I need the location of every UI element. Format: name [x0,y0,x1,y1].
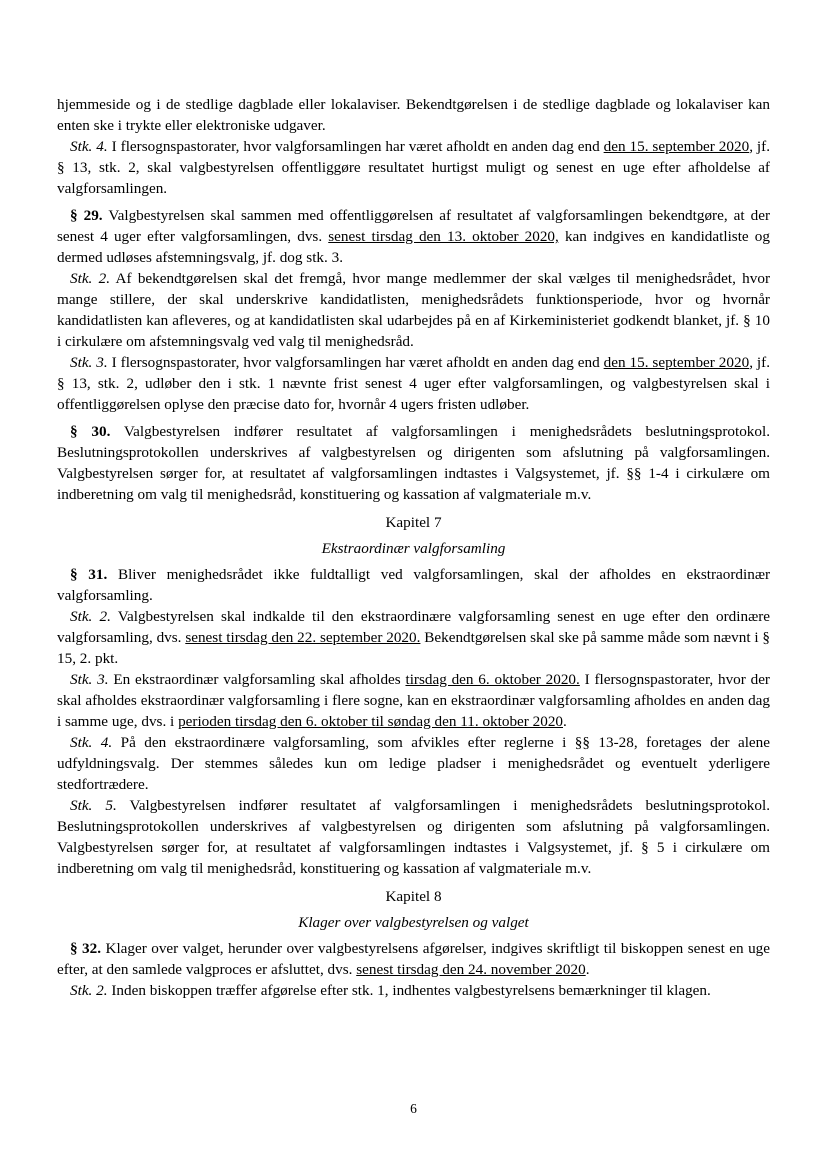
underlined-deadline-text: senest tirsdag den 22. september 2020. [185,629,420,646]
underlined-deadline-text: den 15. september 2020 [604,138,750,155]
text-run: § 32. [70,940,101,957]
text-run: I flersognspastorater, hvor valgforsamli… [108,138,604,155]
text-run: hjemmeside og i de stedlige dagblade ell… [57,96,770,134]
text-run: Stk. 2. [70,982,108,999]
text-run: Stk. 4. [70,138,108,155]
text-run: Stk. 4. [70,734,112,751]
text-run: Klager over valgbestyrelsen og valget [298,914,529,931]
para-s32-stk2: Stk. 2. Inden biskoppen træffer afgørels… [57,980,770,1001]
text-run: På den ekstraordinære valgforsamling, so… [57,734,770,793]
para-s29-stk3: Stk. 3. I flersognspastorater, hvor valg… [57,352,770,415]
text-run: Inden biskoppen træffer afgørelse efter … [108,982,711,999]
text-run: Stk. 5. [70,797,117,814]
text-run: Kapitel 7 [385,514,441,531]
text-run: Valgbestyrelsen indfører resultatet af v… [57,423,770,503]
text-run: I flersognspastorater, hvor valgforsamli… [108,354,604,371]
text-run: Stk. 3. [70,671,109,688]
text-run: . [586,961,590,978]
text-run: Ekstraordinær valgforsamling [322,540,506,557]
page-number: 6 [0,1100,827,1118]
text-run: Kapitel 8 [385,888,441,905]
text-run: Stk. 2. [70,608,111,625]
para-s31: § 31. Bliver menighedsrådet ikke fuldtal… [57,564,770,606]
para-s28-stk4: Stk. 4. I flersognspastorater, hvor valg… [57,136,770,199]
document-page: hjemmeside og i de stedlige dagblade ell… [0,0,827,1169]
text-run: Af bekendtgørelsen skal det fremgå, hvor… [57,270,770,350]
heading-kapitel-8: Kapitel 8 [57,886,770,907]
text-run: § 29. [70,207,103,224]
text-run: Stk. 2. [70,270,110,287]
text-run: § 30. [70,423,110,440]
document-body: hjemmeside og i de stedlige dagblade ell… [57,94,770,1001]
text-run: . [563,713,567,730]
subheading-klager-over-valgbestyrelsen: Klager over valgbestyrelsen og valget [57,912,770,933]
subheading-ekstraordinaer-valgforsamling: Ekstraordinær valgforsamling [57,538,770,559]
para-s31-stk3: Stk. 3. En ekstraordinær valgforsamling … [57,669,770,732]
underlined-deadline-text: den 15. september 2020 [604,354,750,371]
text-run: Stk. 3. [70,354,108,371]
underlined-deadline-text: perioden tirsdag den 6. oktober til sønd… [178,713,563,730]
para-s29: § 29. Valgbestyrelsen skal sammen med of… [57,205,770,268]
underlined-deadline-text: tirsdag den 6. oktober 2020. [405,671,579,688]
para-s32: § 32. Klager over valget, herunder over … [57,938,770,980]
para-s31-stk4: Stk. 4. På den ekstraordinære valgforsam… [57,732,770,795]
heading-kapitel-7: Kapitel 7 [57,512,770,533]
para-s29-stk2: Stk. 2. Af bekendtgørelsen skal det frem… [57,268,770,352]
text-run: En ekstraordinær valgforsamling skal afh… [109,671,406,688]
underlined-deadline-text: senest tirsdag den 24. november 2020 [356,961,585,978]
text-run: Bliver menighedsrådet ikke fuldtalligt v… [57,566,770,604]
text-run: Valgbestyrelsen indfører resultatet af v… [57,797,770,877]
para-bekendtgoerelse-continuation: hjemmeside og i de stedlige dagblade ell… [57,94,770,136]
text-run: § 31. [70,566,107,583]
underlined-deadline-text: senest tirsdag den 13. oktober 2020, [328,228,559,245]
para-s31-stk2: Stk. 2. Valgbestyrelsen skal indkalde ti… [57,606,770,669]
para-s30: § 30. Valgbestyrelsen indfører resultate… [57,421,770,505]
para-s31-stk5: Stk. 5. Valgbestyrelsen indfører resulta… [57,795,770,879]
